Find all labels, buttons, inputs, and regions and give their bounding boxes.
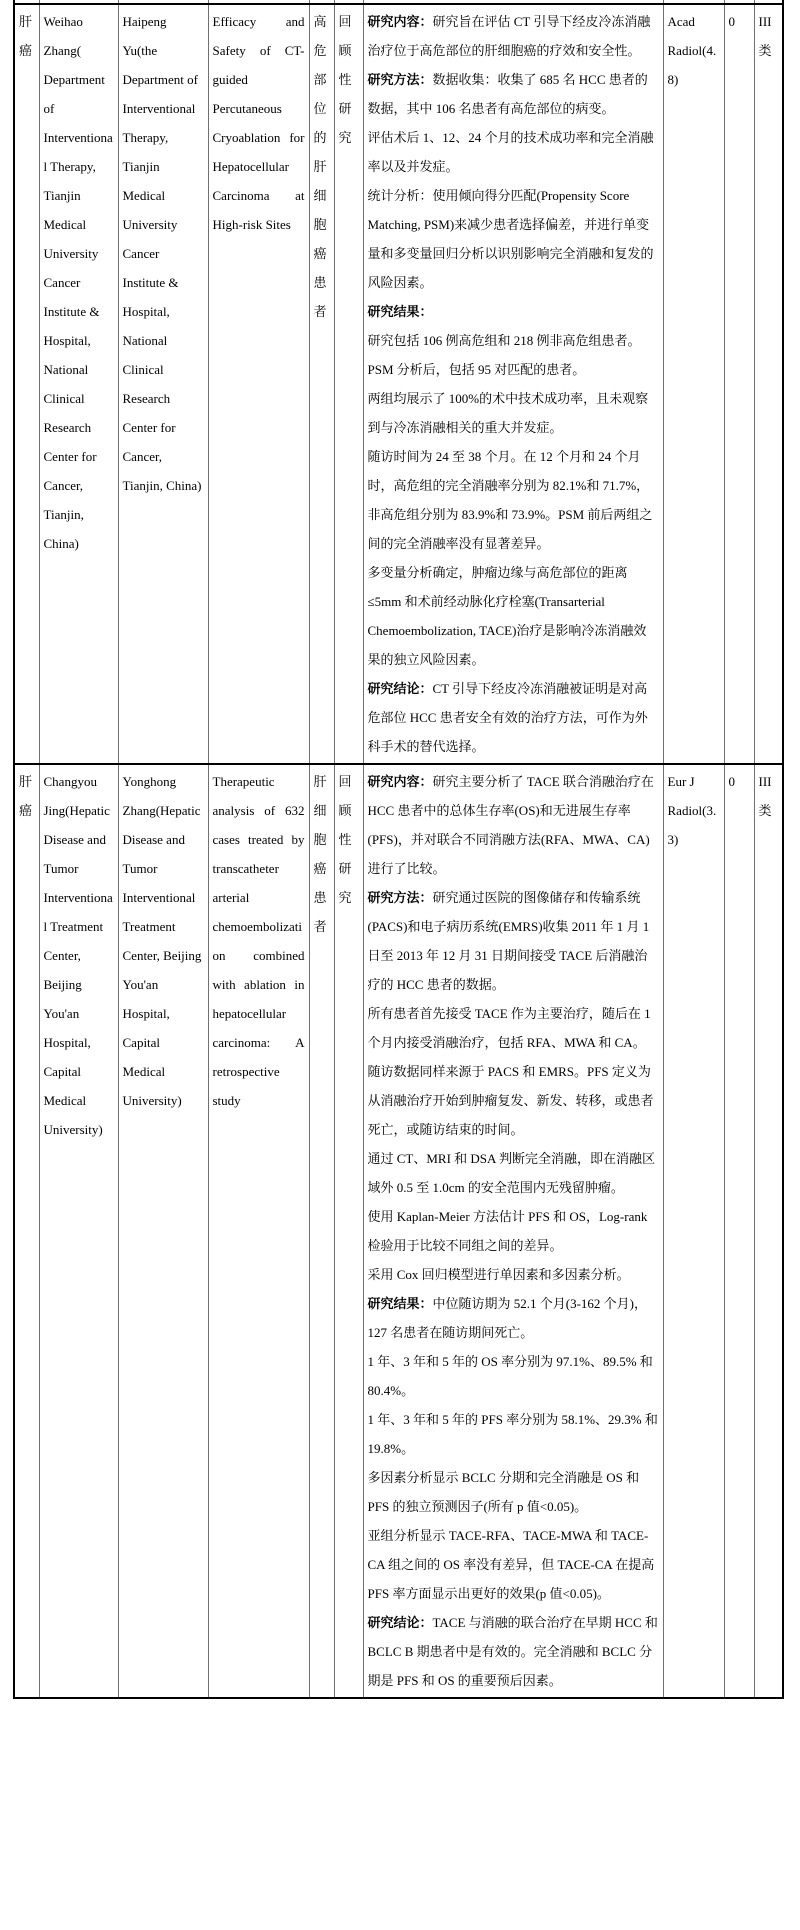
summary-paragraph: 通过 CT、MRI 和 DSA 判断完全消融，即在消融区域外 0.5 至 1.0…: [368, 1144, 659, 1202]
study-summary-cell: 研究内容：研究主要分析了 TACE 联合消融治疗在 HCC 患者中的总体生存率(…: [363, 764, 663, 1698]
literature-review-table: 肝癌Weihao Zhang( Department of Interventi…: [13, 0, 784, 1699]
study-row-2: 肝癌Changyou Jing(Hepatic Disease and Tumo…: [14, 764, 783, 1698]
study-title-cell: Therapeutic analysis of 632 cases treate…: [208, 764, 309, 1698]
summary-paragraph: 亚组分析显示 TACE-RFA、TACE-MWA 和 TACE-CA 组之间的 …: [368, 1521, 659, 1608]
summary-section-label: 研究方法：: [368, 72, 433, 87]
summary-paragraph: 所有患者首先接受 TACE 作为主要治疗，随后在 1 个月内接受消融治疗，包括 …: [368, 999, 659, 1057]
summary-section-label: 研究结论：: [368, 681, 433, 696]
summary-paragraph: 研究方法：研究通过医院的图像储存和传输系统(PACS)和电子病历系统(EMRS)…: [368, 883, 659, 999]
summary-text: 随访数据同样来源于 PACS 和 EMRS。PFS 定义为从消融治疗开始到肿瘤复…: [368, 1064, 654, 1137]
journal-cell: Eur J Radiol(3.3): [663, 764, 724, 1698]
document-page: 肝癌Weihao Zhang( Department of Interventi…: [0, 0, 800, 1930]
evidence-class-cell: III 类: [754, 764, 783, 1698]
summary-section-label: 研究结果：: [368, 304, 433, 319]
summary-text: 亚组分析显示 TACE-RFA、TACE-MWA 和 TACE-CA 组之间的 …: [368, 1528, 655, 1601]
studies-table-body: 肝癌Weihao Zhang( Department of Interventi…: [14, 0, 783, 1698]
summary-text: 研究包括 106 例高危组和 218 例非高危组患者。PSM 分析后，包括 95…: [368, 333, 641, 377]
cancer-type-cell: 肝癌: [14, 4, 39, 764]
summary-paragraph: 研究结果：中位随访期为 52.1 个月(3-162 个月)，127 名患者在随访…: [368, 1289, 659, 1347]
corresponding-author-cell: Yonghong Zhang(Hepatic Disease and Tumor…: [118, 764, 208, 1698]
corresponding-author-cell: Haipeng Yu(the Department of Interventio…: [118, 4, 208, 764]
summary-text: 两组均展示了 100%的术中技术成功率，且未观察到与冷冻消融相关的重大并发症。: [368, 391, 649, 435]
summary-paragraph: 研究结论：CT 引导下经皮冷冻消融被证明是对高危部位 HCC 患者安全有效的治疗…: [368, 674, 659, 761]
study-title-cell: Efficacy and Safety of CT-guided Percuta…: [208, 4, 309, 764]
summary-text: 统计分析：使用倾向得分匹配(Propensity Score Matching,…: [368, 188, 654, 290]
summary-text: 1 年、3 年和 5 年的 PFS 率分别为 58.1%、29.3% 和 19.…: [368, 1412, 658, 1456]
study-row-1: 肝癌Weihao Zhang( Department of Interventi…: [14, 4, 783, 764]
evidence-class-cell: III 类: [754, 4, 783, 764]
summary-section-label: 研究内容：: [368, 14, 433, 29]
summary-text: 评估术后 1、12、24 个月的技术成功率和完全消融率以及并发症。: [368, 130, 654, 174]
citations-cell: 0: [724, 764, 754, 1698]
population-cell: 高危部位的肝细胞癌患者: [309, 4, 334, 764]
summary-text: 研究主要分析了 TACE 联合消融治疗在 HCC 患者中的总体生存率(OS)和无…: [368, 774, 654, 876]
summary-section-label: 研究内容：: [368, 774, 433, 789]
cancer-type-cell: 肝癌: [14, 764, 39, 1698]
summary-paragraph: 研究内容：研究主要分析了 TACE 联合消融治疗在 HCC 患者中的总体生存率(…: [368, 767, 659, 883]
summary-paragraph: 研究内容：研究旨在评估 CT 引导下经皮冷冻消融治疗位于高危部位的肝细胞癌的疗效…: [368, 7, 659, 65]
summary-paragraph: 使用 Kaplan-Meier 方法估计 PFS 和 OS，Log-rank 检…: [368, 1202, 659, 1260]
summary-text: 多因素分析显示 BCLC 分期和完全消融是 OS 和 PFS 的独立预测因子(所…: [368, 1470, 640, 1514]
first-author-cell: Changyou Jing(Hepatic Disease and Tumor …: [39, 764, 118, 1698]
study-type-cell: 回顾性研究: [334, 4, 363, 764]
summary-paragraph: 研究方法：数据收集：收集了 685 名 HCC 患者的数据，其中 106 名患者…: [368, 65, 659, 123]
summary-paragraph: 研究结果：: [368, 297, 659, 326]
population-cell: 肝细胞癌患者: [309, 764, 334, 1698]
summary-paragraph: 1 年、3 年和 5 年的 OS 率分别为 97.1%、89.5% 和 80.4…: [368, 1347, 659, 1405]
summary-paragraph: 采用 Cox 回归模型进行单因素和多因素分析。: [368, 1260, 659, 1289]
summary-text: 所有患者首先接受 TACE 作为主要治疗，随后在 1 个月内接受消融治疗，包括 …: [368, 1006, 651, 1050]
summary-paragraph: 多因素分析显示 BCLC 分期和完全消融是 OS 和 PFS 的独立预测因子(所…: [368, 1463, 659, 1521]
citations-cell: 0: [724, 4, 754, 764]
summary-paragraph: 两组均展示了 100%的术中技术成功率，且未观察到与冷冻消融相关的重大并发症。: [368, 384, 659, 442]
study-type-cell: 回顾性研究: [334, 764, 363, 1698]
summary-text: 通过 CT、MRI 和 DSA 判断完全消融，即在消融区域外 0.5 至 1.0…: [368, 1151, 655, 1195]
summary-paragraph: 研究结论：TACE 与消融的联合治疗在早期 HCC 和 BCLC B 期患者中是…: [368, 1608, 659, 1695]
summary-text: 使用 Kaplan-Meier 方法估计 PFS 和 OS，Log-rank 检…: [368, 1209, 648, 1253]
summary-paragraph: 评估术后 1、12、24 个月的技术成功率和完全消融率以及并发症。: [368, 123, 659, 181]
first-author-cell: Weihao Zhang( Department of Intervention…: [39, 4, 118, 764]
summary-section-label: 研究结果：: [368, 1296, 433, 1311]
journal-cell: Acad Radiol(4.8): [663, 4, 724, 764]
summary-section-label: 研究结论：: [368, 1615, 433, 1630]
summary-paragraph: 研究包括 106 例高危组和 218 例非高危组患者。PSM 分析后，包括 95…: [368, 326, 659, 384]
summary-text: 随访时间为 24 至 38 个月。在 12 个月和 24 个月时，高危组的完全消…: [368, 449, 653, 551]
summary-section-label: 研究方法：: [368, 890, 433, 905]
summary-text: 研究通过医院的图像储存和传输系统(PACS)和电子病历系统(EMRS)收集 20…: [368, 890, 650, 992]
study-summary-cell: 研究内容：研究旨在评估 CT 引导下经皮冷冻消融治疗位于高危部位的肝细胞癌的疗效…: [363, 4, 663, 764]
summary-text: 采用 Cox 回归模型进行单因素和多因素分析。: [368, 1267, 630, 1282]
summary-paragraph: 随访时间为 24 至 38 个月。在 12 个月和 24 个月时，高危组的完全消…: [368, 442, 659, 558]
summary-paragraph: 随访数据同样来源于 PACS 和 EMRS。PFS 定义为从消融治疗开始到肿瘤复…: [368, 1057, 659, 1144]
summary-text: 1 年、3 年和 5 年的 OS 率分别为 97.1%、89.5% 和 80.4…: [368, 1354, 653, 1398]
summary-paragraph: 1 年、3 年和 5 年的 PFS 率分别为 58.1%、29.3% 和 19.…: [368, 1405, 659, 1463]
summary-text: 多变量分析确定，肿瘤边缘与高危部位的距离≤5mm 和术前经动脉化疗栓塞(Tran…: [368, 565, 647, 667]
summary-paragraph: 多变量分析确定，肿瘤边缘与高危部位的距离≤5mm 和术前经动脉化疗栓塞(Tran…: [368, 558, 659, 674]
summary-paragraph: 统计分析：使用倾向得分匹配(Propensity Score Matching,…: [368, 181, 659, 297]
